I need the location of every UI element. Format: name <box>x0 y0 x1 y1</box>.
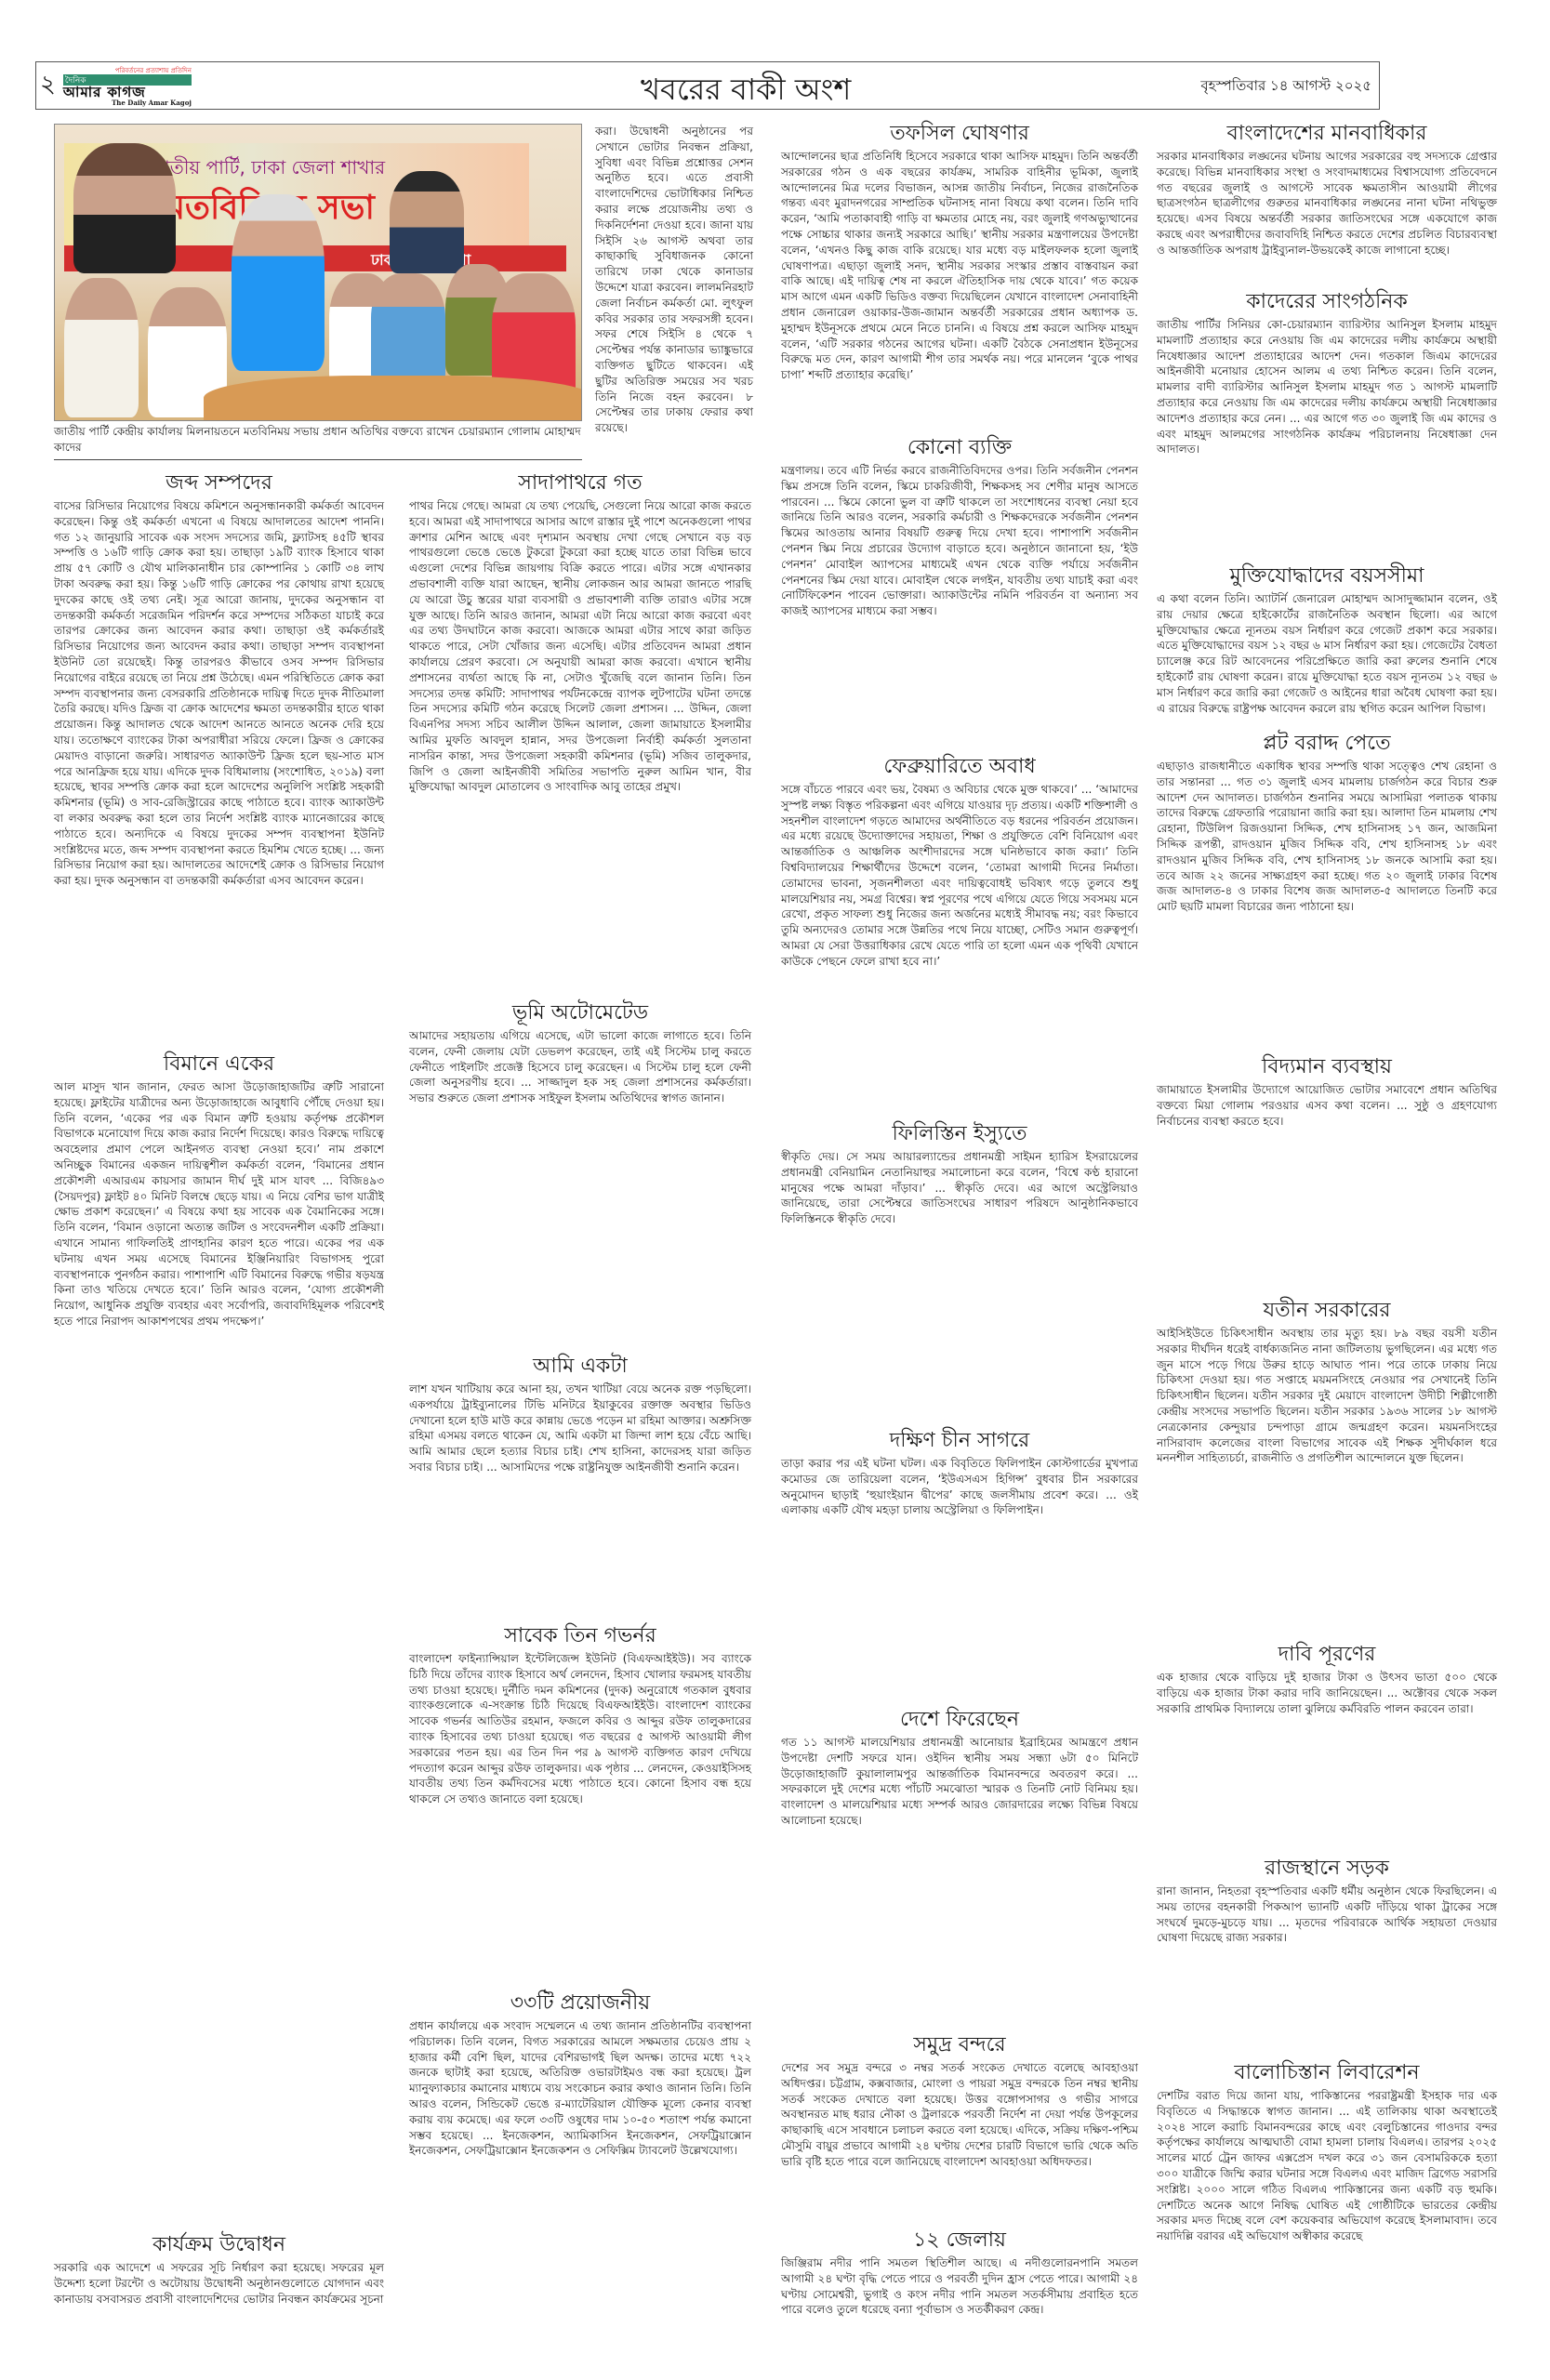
article-body: এ কথা বলেন তিনি। অ্যাটর্নি জেনারেল মোহাম… <box>1157 591 1497 716</box>
article-tofsil: তফসিল ঘোষণার আন্দোলনের ছাত্র প্রতিনিধি হ… <box>781 115 1138 383</box>
page-date: বৃহস্পতিবার ১৪ আগস্ট ২০২৫ <box>1200 75 1371 99</box>
article-baluchistan: বালোচিস্তান লিবারেশন দেশটির বরাত দিয়ে জ… <box>1157 2055 1497 2244</box>
article-body: গত ১১ আগস্ট মালয়েশিয়ার প্রধানমন্ত্রী আ… <box>781 1735 1138 1829</box>
headline: বালোচিস্তান লিবারেশন <box>1157 2060 1497 2086</box>
headline: সমুদ্র বন্দরে <box>781 2032 1138 2058</box>
banner-line1: জাতীয় পার্টি, ঢাকা জেলা শাখার <box>148 154 385 185</box>
article-body: জিঞ্জিরাম নদীর পানি সমতল স্থিতিশীল আছে। … <box>781 2255 1138 2318</box>
headline: ফেব্রুয়ারিতে অবাধ <box>781 754 1138 780</box>
article-body: দেশের সব সমুদ্র বন্দরে ৩ নম্বর সতর্ক সংক… <box>781 2060 1138 2170</box>
article-filistin: ফিলিস্তিন ইস্যুতে স্বীকৃতি দেয়। সে সময়… <box>781 1116 1138 1227</box>
headline: রাজস্থানে সড়ক <box>1157 1856 1497 1882</box>
article-baro-jelay: ১২ জেলায় জিঞ্জিরাম নদীর পানি সমতল স্থিত… <box>781 2222 1138 2318</box>
article-plot: প্লট বরাদ্দ পেতে এছাড়াও রাজধানীতে একাধি… <box>1157 725 1497 915</box>
article-body: লাশ যখন খাটিয়ায় করে আনা হয়, তখন খাটিয… <box>409 1382 751 1475</box>
headline: দক্ষিণ চীন সাগরে <box>781 1428 1138 1454</box>
headline: কার্যক্রম উদ্বোধন <box>54 2232 384 2258</box>
article-body: রানা জানান, নিহতরা বৃহস্পতিবার একটি ধর্ম… <box>1157 1884 1497 1946</box>
article-body: পাথর নিয়ে গেছে। আমরা যে তথ্য পেয়েছি, স… <box>409 498 751 795</box>
headline: মুক্তিযোদ্ধাদের বয়সসীমা <box>1157 563 1497 589</box>
meeting-table <box>204 376 582 421</box>
speaker-person <box>232 194 325 371</box>
article-body: আল মাসুদ খান জানান, ফেরত আসা উড়োজাহাজটি… <box>54 1079 384 1329</box>
article-dokkhin-chin: দক্ষিণ চীন সাগরে তাড়া করার পর এই ঘটনা ঘ… <box>781 1422 1138 1518</box>
article-kaderer: কাদেরের সাংগঠনিক জাতীয় পার্টির সিনিয়র … <box>1157 284 1497 457</box>
article-body: তাড়া করার পর এই ঘটনা ঘটল। এক বিবৃতিতে ফ… <box>781 1456 1138 1518</box>
headline: দাবি পূরণের <box>1157 1642 1497 1668</box>
headline: ফিলিস্তিন ইস্যুতে <box>781 1121 1138 1147</box>
logo-tagline: পরিবর্তনের প্রত্যাশায় প্রতিদিন <box>115 65 192 76</box>
article-jotin: যতীন সরকারের আইসিইউতে চিকিৎসাধীন অবস্থায… <box>1157 1292 1497 1466</box>
newspaper-logo: দৈনিক পরিবর্তনের প্রত্যাশায় প্রতিদিন আম… <box>61 65 192 106</box>
headline: ১২ জেলায় <box>781 2228 1138 2254</box>
article-dabi-puron: দাবি পূরণের এক হাজার থেকে বাড়িয়ে দুই হ… <box>1157 1636 1497 1716</box>
headline: আমি একটা <box>409 1354 751 1380</box>
headline: কোনো ব্যক্তি <box>781 435 1138 461</box>
headline: বিদ্যমান ব্যবস্থায় <box>1157 1054 1497 1080</box>
article-body: সরকারি এক আদেশে এ সফরের সূচি নির্ধারণ কর… <box>54 2260 384 2307</box>
headline: যতীন সরকারের <box>1157 1298 1497 1324</box>
article-biman: বিমানে একের আল মাসুদ খান জানান, ফেরত আসা… <box>54 1046 384 1329</box>
article-body: স্বীকৃতি দেয়। সে সময় আয়ারল্যান্ডের প্… <box>781 1149 1138 1227</box>
headline: দেশে ফিরেছেন <box>781 1707 1138 1733</box>
article-sadapathor: সাদাপাথরে গত পাথর নিয়ে গেছে। আমরা যে তথ… <box>409 465 751 795</box>
headline: ভূমি অটোমেটেড <box>409 1000 751 1026</box>
article-body: আমাদের সহায়তায় এগিয়ে এসেছে, এটা ভালো … <box>409 1028 751 1106</box>
headline: ৩৩টি প্রয়োজনীয় <box>409 1990 751 2016</box>
headline: বাংলাদেশের মানবাধিকার <box>1157 121 1497 147</box>
article-somudro-bondor: সমুদ্র বন্দরে দেশের সব সমুদ্র বন্দরে ৩ ন… <box>781 2027 1138 2170</box>
logo-english: The Daily Amar Kagoj <box>112 99 192 107</box>
article-february: ফেব্রুয়ারিতে অবাধ সঙ্গে বাঁচতে পারবে এব… <box>781 748 1138 970</box>
article-rajasthan: রাজস্থানে সড়ক রানা জানান, নিহতরা বৃহস্প… <box>1157 1850 1497 1946</box>
article-kono-byakti: কোনো ব্যক্তি মন্ত্রণালয়। তবে এটি নির্ভর… <box>781 430 1138 619</box>
article-body: জাতীয় পার্টির সিনিয়র কো-চেয়ারম্যান ব্… <box>1157 317 1497 457</box>
article-sabek-governor: সাবেক তিন গভর্নর বাংলাদেশ ফাইন্যান্সিয়া… <box>409 1618 751 1807</box>
article-body: জামায়াতে ইসলামীর উদ্যোগে আয়োজিত ভোটার … <box>1157 1082 1497 1129</box>
article-body: আইসিইউতে চিকিৎসাধীন অবস্থায় তার মৃত্যু … <box>1157 1326 1497 1466</box>
article-manobadhikar: বাংলাদেশের মানবাধিকার সরকার মানবাধিকার ল… <box>1157 115 1497 258</box>
page-title: খবরের বাকী অংশ <box>641 66 851 116</box>
headline: সাদাপাথরে গত <box>409 470 751 496</box>
article-body: বাসের রিসিভার নিয়োগের বিষয়ে কমিশনে অনু… <box>54 498 384 889</box>
headline: তফসিল ঘোষণার <box>781 121 1138 147</box>
article-jobdo: জব্দ সম্পদের বাসের রিসিভার নিয়োগের বিষয… <box>54 465 384 889</box>
page-number: ২ <box>40 65 56 106</box>
headline: কাদেরের সাংগঠনিক <box>1157 289 1497 315</box>
article-muktijoddha: মুক্তিযোদ্ধাদের বয়সসীমা এ কথা বলেন তিনি… <box>1157 558 1497 716</box>
headline: জব্দ সম্পদের <box>54 470 384 496</box>
article-body: সরকার মানবাধিকার লঙ্ঘনের ঘটনায় আগের সরক… <box>1157 149 1497 258</box>
seated-person <box>371 273 445 385</box>
seated-person <box>64 278 139 417</box>
article-body: দেশটির বরাত দিয়ে জানা যায়, পাকিস্তানের… <box>1157 2088 1497 2244</box>
photo-caption: জাতীয় পার্টি কেন্দ্রীয় কার্যালয় মিলনা… <box>54 424 582 460</box>
side-article-text: করা। উদ্বোধনী অনুষ্ঠানের পর সেখানে ভোটার… <box>595 124 753 436</box>
page-header: ২ দৈনিক পরিবর্তনের প্রত্যাশায় প্রতিদিন … <box>35 61 1380 110</box>
article-body: বাংলাদেশ ফাইন্যান্সিয়াল ইন্টেলিজেন্স ইউ… <box>409 1651 751 1807</box>
article-bhumi: ভূমি অটোমেটেড আমাদের সহায়তায় এগিয়ে এস… <box>409 995 751 1106</box>
article-proyojoniyo: ৩৩টি প্রয়োজনীয় প্রধান কার্যালয়ে এক সং… <box>409 1985 751 2159</box>
article-body: এক হাজার থেকে বাড়িয়ে দুই হাজার টাকা ও … <box>1157 1670 1497 1716</box>
article-ami-ekta: আমি একটা লাশ যখন খাটিয়ায় করে আনা হয়, … <box>409 1348 751 1475</box>
headline: বিমানে একের <box>54 1051 384 1078</box>
headline: প্লট বরাদ্দ পেতে <box>1157 731 1497 757</box>
article-body: মন্ত্রণালয়। তবে এটি নির্ভর করবে রাজনীতি… <box>781 463 1138 619</box>
article-biddoman: বিদ্যমান ব্যবস্থায় জামায়াতে ইসলামীর উদ… <box>1157 1049 1497 1129</box>
article-karjokrom: কার্যক্রম উদ্বোধন সরকারি এক আদেশে এ সফরে… <box>54 2227 384 2307</box>
headline: সাবেক তিন গভর্নর <box>409 1623 751 1649</box>
article-body: প্রধান কার্যালয়ে এক সংবাদ সম্মেলনে এ তথ… <box>409 2018 751 2159</box>
news-photo: জাতীয় পার্টি, ঢাকা জেলা শাখার মতবিনিময়… <box>54 124 582 421</box>
poster-person-right <box>390 171 464 273</box>
article-body: সঙ্গে বাঁচতে পারবে এবং ভয়, বৈষম্য ও অবি… <box>781 782 1138 970</box>
article-deshe-firechhen: দেশে ফিরেছেন গত ১১ আগস্ট মালয়েশিয়ার প্… <box>781 1701 1138 1829</box>
article-body: এছাড়াও রাজধানীতে একাধিক স্থাবর সম্পত্তি… <box>1157 759 1497 915</box>
article-body: আন্দোলনের ছাত্র প্রতিনিধি হিসেবে সরকারে … <box>781 149 1138 383</box>
poster-person-left <box>73 143 176 273</box>
logo-name: আমার কাগজ <box>63 86 192 99</box>
